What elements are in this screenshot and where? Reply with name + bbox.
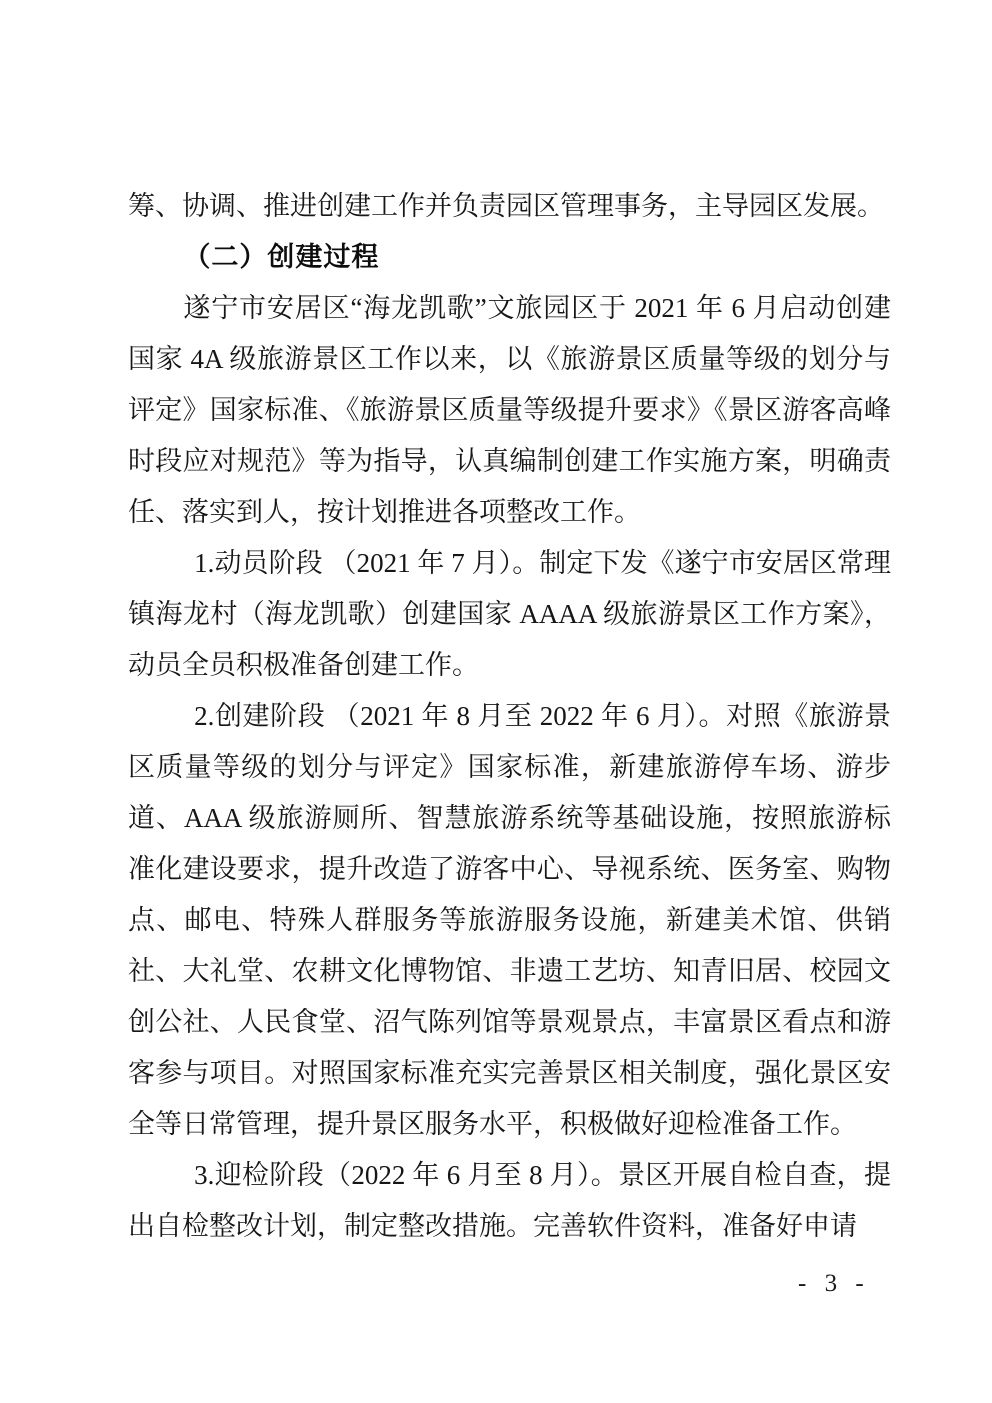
paragraph-stage-1-mobilization: 1.动员阶段 （2021 年 7 月）。制定下发《遂宁市安居区常理镇海龙村（海龙… [128, 538, 891, 691]
paragraph-continuation: 筹、协调、推进创建工作并负责园区管理事务，主导园区发展。 [128, 181, 891, 232]
section-heading: （二）创建过程 [128, 232, 891, 283]
document-body: 筹、协调、推进创建工作并负责园区管理事务，主导园区发展。 （二）创建过程 遂宁市… [128, 181, 891, 1252]
page-number: - 3 - [798, 1268, 867, 1300]
paragraph-stage-2-creation: 2.创建阶段 （2021 年 8 月至 2022 年 6 月）。对照《旅游景区质… [128, 691, 891, 1150]
paragraph-creation-overview: 遂宁市安居区“海龙凯歌”文旅园区于 2021 年 6 月启动创建国家 4A 级旅… [128, 283, 891, 538]
document-page: 筹、协调、推进创建工作并负责园区管理事务，主导园区发展。 （二）创建过程 遂宁市… [0, 0, 992, 1403]
paragraph-stage-3-inspection: 3.迎检阶段（2022 年 6 月至 8 月）。景区开展自检自查，提出自检整改计… [128, 1150, 891, 1252]
